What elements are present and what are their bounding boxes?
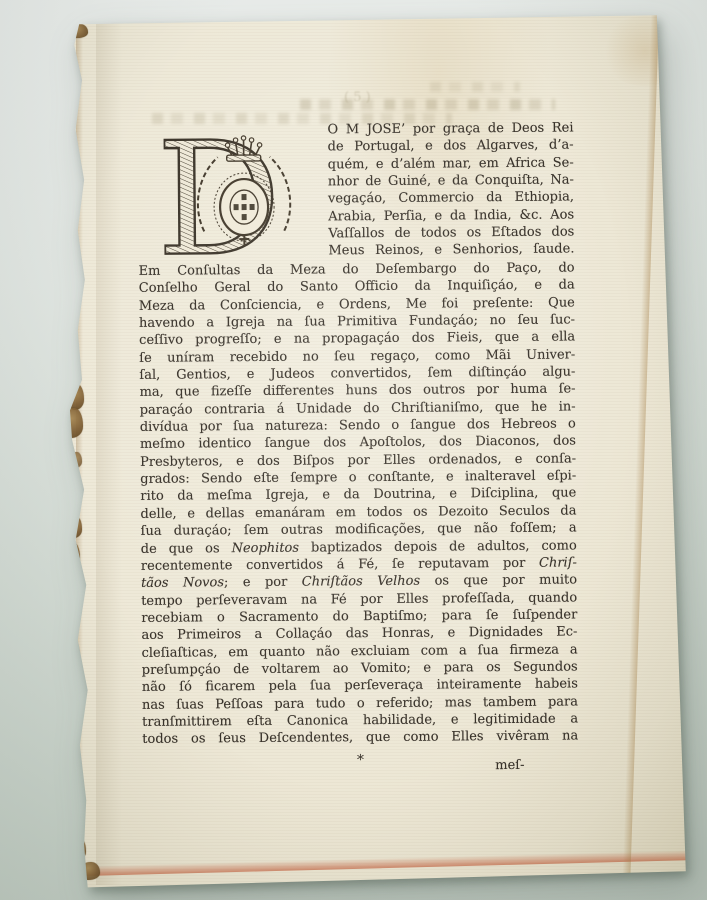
printed-text-area: D <box>0 0 707 900</box>
binding-debris <box>62 760 80 794</box>
text-line: Arabia, Perſia, e da India, &c. Aos <box>328 206 574 225</box>
binding-debris <box>72 838 86 860</box>
binding-debris <box>64 640 80 668</box>
document-page: ( 5 ) D <box>0 0 707 900</box>
document-page-wrap: ( 5 ) D <box>0 0 707 900</box>
illuminated-initial-D: D <box>163 130 318 259</box>
text-line: O M JOSE’ por graça de Deos Rei <box>327 119 573 138</box>
text-line: nhor de Guiné, e da Conquiſta, Na- <box>328 172 574 191</box>
binding-debris <box>68 800 80 820</box>
text-line: vegaçáo, Commercio da Ethiopia, <box>328 189 574 208</box>
opening-paragraph: O M JOSE’ por graça de Deos Reide Portug… <box>327 119 574 260</box>
text-line: Vaſſallos de todos os Eſtados dos <box>328 224 574 243</box>
photo-backdrop: ( 5 ) D <box>0 0 707 900</box>
binding-debris <box>70 674 80 688</box>
binding-debris <box>70 580 80 594</box>
text-line: de Portugal, e dos Algarves, d’a- <box>328 137 574 156</box>
binding-debris <box>68 142 78 160</box>
text-line: todos os ſeus Deſcendentes, que como Ell… <box>142 728 578 749</box>
body-paragraph: Em Conſultas da Meza do Deſembargo do Pa… <box>139 259 579 748</box>
page-footer: * meſ- <box>142 748 578 775</box>
text-line: quém, e d’além mar, em Africa Se- <box>328 154 574 173</box>
text-line: Meus Reinos, e Senhorios, ſaude. <box>328 241 574 260</box>
catchword: meſ- <box>495 758 524 773</box>
